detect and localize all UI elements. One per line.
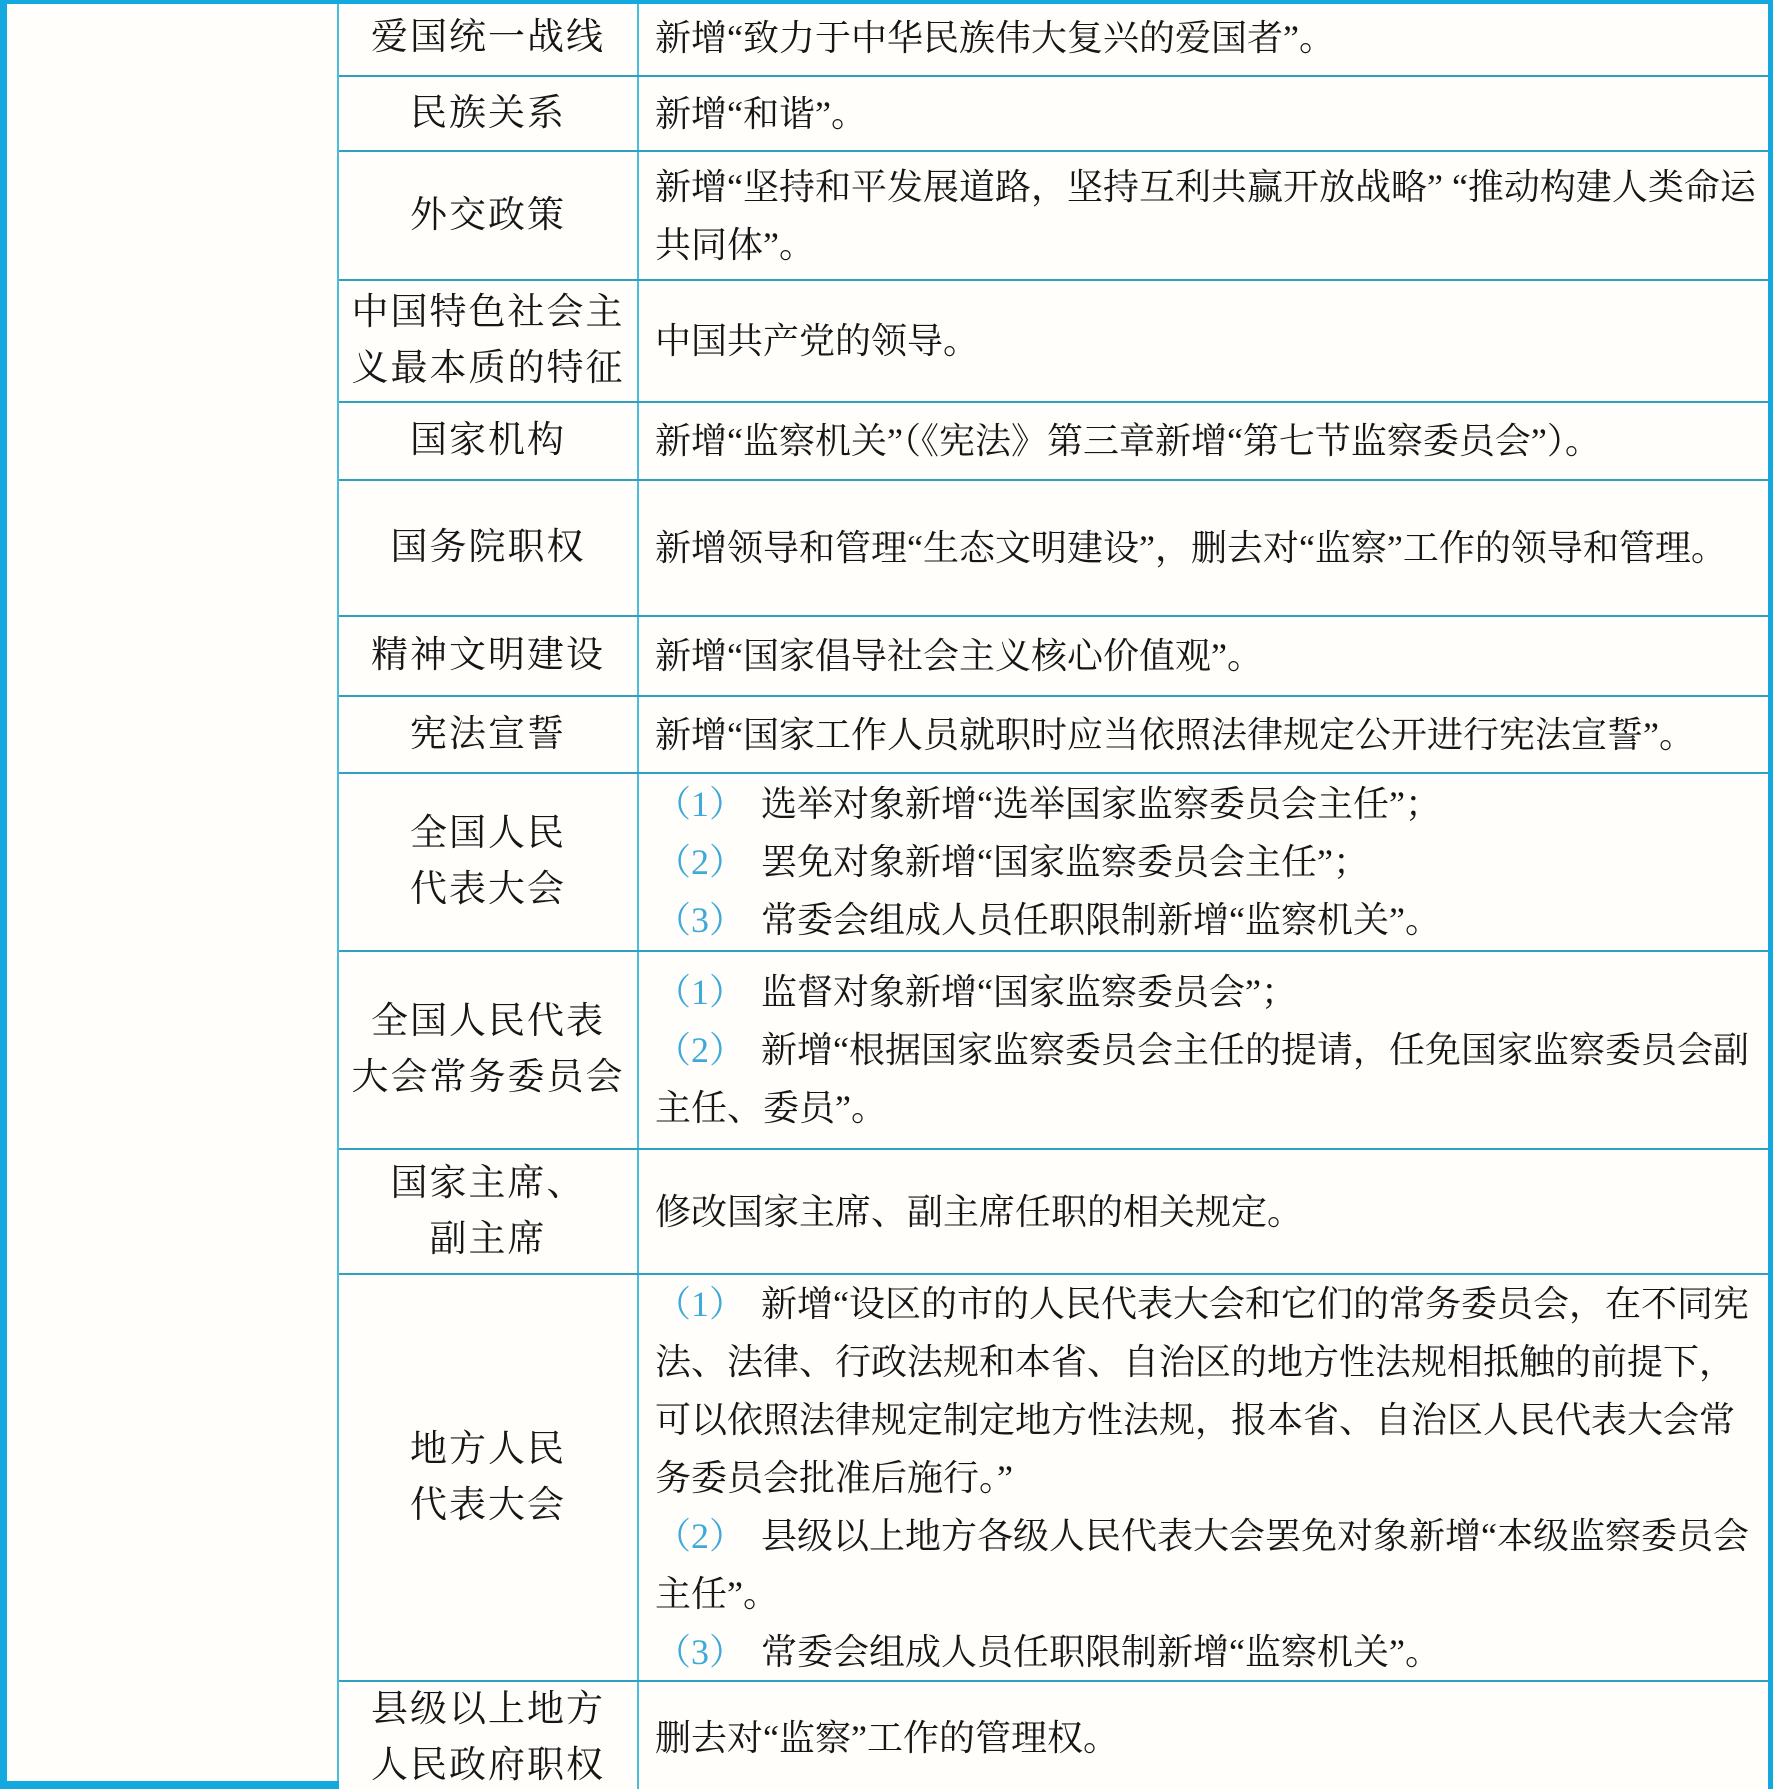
table-row: 国家主席、 副主席修改国家主席、副主席任职的相关规定。 bbox=[339, 1148, 1768, 1273]
category-cell: 爱国统一战线 bbox=[339, 0, 639, 75]
table-top-border bbox=[0, 0, 1773, 4]
left-merged-cell bbox=[7, 0, 339, 1781]
category-cell: 民族关系 bbox=[339, 77, 639, 150]
item-text: 常委会组成人员任职限制新增“监察机关”。 bbox=[761, 1632, 1441, 1672]
content-cell: 新增领导和管理“生态文明建设”，删去对“监察”工作的领导和管理。 bbox=[639, 481, 1768, 615]
content-item: 新增“和谐”。 bbox=[655, 85, 1756, 143]
item-number: （2） bbox=[655, 1516, 745, 1556]
content-cell: 修改国家主席、副主席任职的相关规定。 bbox=[639, 1150, 1768, 1273]
content-cell: 新增“和谐”。 bbox=[639, 77, 1768, 150]
amendments-table: 爱国统一战线新增“致力于中华民族伟大复兴的爱国者”。民族关系新增“和谐”。外交政… bbox=[0, 0, 1773, 1789]
table-rows: 爱国统一战线新增“致力于中华民族伟大复兴的爱国者”。民族关系新增“和谐”。外交政… bbox=[339, 0, 1768, 1781]
item-text: 新增“坚持和平发展道路，坚持互利共赢开放战略” “推动构建人类命运共同体”。 bbox=[655, 167, 1756, 265]
category-cell: 全国人民代表 大会常务委员会 bbox=[339, 952, 639, 1148]
item-text: 新增“国家工作人员就职时应当依照法律规定公开进行宪法宣誓”。 bbox=[655, 715, 1695, 755]
item-text: 罢免对象新增“国家监察委员会主任”； bbox=[761, 842, 1369, 882]
category-cell: 地方人民 代表大会 bbox=[339, 1275, 639, 1680]
category-cell: 县级以上地方 人民政府职权 bbox=[339, 1682, 639, 1789]
content-cell: （1）新增“设区的市的人民代表大会和它们的常务委员会，在不同宪法、法律、行政法规… bbox=[639, 1275, 1768, 1680]
category-cell: 国家主席、 副主席 bbox=[339, 1150, 639, 1273]
item-text: 新增“监察机关”（《宪法》第三章新增“第七节监察委员会”）。 bbox=[655, 421, 1601, 461]
item-text: 中国共产党的领导。 bbox=[655, 321, 979, 361]
item-text: 监督对象新增“国家监察委员会”； bbox=[761, 972, 1297, 1012]
content-item: 新增“坚持和平发展道路，坚持互利共赢开放战略” “推动构建人类命运共同体”。 bbox=[655, 158, 1756, 274]
table-row: 精神文明建设新增“国家倡导社会主义核心价值观”。 bbox=[339, 615, 1768, 695]
table-row: 全国人民 代表大会（1）选举对象新增“选举国家监察委员会主任”；（2）罢免对象新… bbox=[339, 772, 1768, 950]
content-cell: 新增“监察机关”（《宪法》第三章新增“第七节监察委员会”）。 bbox=[639, 403, 1768, 479]
item-number: （2） bbox=[655, 1030, 745, 1070]
table-row: 爱国统一战线新增“致力于中华民族伟大复兴的爱国者”。 bbox=[339, 0, 1768, 75]
content-item: （2）县级以上地方各级人民代表大会罢免对象新增“本级监察委员会主任”。 bbox=[655, 1507, 1756, 1623]
item-text: 新增“和谐”。 bbox=[655, 94, 867, 134]
item-text: 新增领导和管理“生态文明建设”，删去对“监察”工作的领导和管理。 bbox=[655, 528, 1727, 568]
content-item: （2）新增“根据国家监察委员会主任的提请，任免国家监察委员会副主任、委员”。 bbox=[655, 1021, 1756, 1137]
category-cell: 国务院职权 bbox=[339, 481, 639, 615]
item-text: 新增“根据国家监察委员会主任的提请，任免国家监察委员会副主任、委员”。 bbox=[655, 1030, 1749, 1128]
content-item: （3）常委会组成人员任职限制新增“监察机关”。 bbox=[655, 1623, 1756, 1681]
table-row: 国家机构新增“监察机关”（《宪法》第三章新增“第七节监察委员会”）。 bbox=[339, 401, 1768, 479]
category-cell: 中国特色社会主 义最本质的特征 bbox=[339, 281, 639, 401]
item-text: 新增“致力于中华民族伟大复兴的爱国者”。 bbox=[655, 18, 1335, 58]
table-row: 全国人民代表 大会常务委员会（1）监督对象新增“国家监察委员会”；（2）新增“根… bbox=[339, 950, 1768, 1148]
table-row: 中国特色社会主 义最本质的特征中国共产党的领导。 bbox=[339, 279, 1768, 401]
item-number: （1） bbox=[655, 784, 745, 824]
item-number: （1） bbox=[655, 1284, 745, 1324]
item-text: 选举对象新增“选举国家监察委员会主任”； bbox=[761, 784, 1441, 824]
item-text: 删去对“监察”工作的管理权。 bbox=[655, 1718, 1119, 1758]
content-item: 新增“国家倡导社会主义核心价值观”。 bbox=[655, 627, 1756, 685]
content-item: （1）监督对象新增“国家监察委员会”； bbox=[655, 963, 1756, 1021]
item-text: 常委会组成人员任职限制新增“监察机关”。 bbox=[761, 900, 1441, 940]
table-row: 县级以上地方 人民政府职权删去对“监察”工作的管理权。 bbox=[339, 1680, 1768, 1789]
content-item: 新增“致力于中华民族伟大复兴的爱国者”。 bbox=[655, 9, 1756, 67]
content-cell: 新增“国家工作人员就职时应当依照法律规定公开进行宪法宣誓”。 bbox=[639, 697, 1768, 772]
item-text: 新增“国家倡导社会主义核心价值观”。 bbox=[655, 636, 1263, 676]
content-cell: 新增“国家倡导社会主义核心价值观”。 bbox=[639, 617, 1768, 695]
content-item: 修改国家主席、副主席任职的相关规定。 bbox=[655, 1183, 1756, 1241]
category-cell: 外交政策 bbox=[339, 152, 639, 279]
category-cell: 全国人民 代表大会 bbox=[339, 774, 639, 950]
content-cell: 中国共产党的领导。 bbox=[639, 281, 1768, 401]
item-number: （3） bbox=[655, 900, 745, 940]
content-item: 删去对“监察”工作的管理权。 bbox=[655, 1709, 1756, 1767]
item-text: 新增“设区的市的人民代表大会和它们的常务委员会，在不同宪法、法律、行政法规和本省… bbox=[655, 1284, 1749, 1498]
item-number: （3） bbox=[655, 1632, 745, 1672]
category-cell: 宪法宣誓 bbox=[339, 697, 639, 772]
content-cell: 删去对“监察”工作的管理权。 bbox=[639, 1682, 1768, 1789]
item-text: 县级以上地方各级人民代表大会罢免对象新增“本级监察委员会主任”。 bbox=[655, 1516, 1749, 1614]
category-cell: 精神文明建设 bbox=[339, 617, 639, 695]
item-text: 修改国家主席、副主席任职的相关规定。 bbox=[655, 1192, 1303, 1232]
table-row: 外交政策新增“坚持和平发展道路，坚持互利共赢开放战略” “推动构建人类命运共同体… bbox=[339, 150, 1768, 279]
content-cell: 新增“致力于中华民族伟大复兴的爱国者”。 bbox=[639, 0, 1768, 75]
content-item: （1）选举对象新增“选举国家监察委员会主任”； bbox=[655, 775, 1756, 833]
content-item: 中国共产党的领导。 bbox=[655, 312, 1756, 370]
document-page: 爱国统一战线新增“致力于中华民族伟大复兴的爱国者”。民族关系新增“和谐”。外交政… bbox=[0, 0, 1773, 1789]
table-row: 国务院职权新增领导和管理“生态文明建设”，删去对“监察”工作的领导和管理。 bbox=[339, 479, 1768, 615]
content-item: 新增“国家工作人员就职时应当依照法律规定公开进行宪法宣誓”。 bbox=[655, 706, 1756, 764]
content-cell: （1）监督对象新增“国家监察委员会”；（2）新增“根据国家监察委员会主任的提请，… bbox=[639, 952, 1768, 1148]
table-row: 地方人民 代表大会（1）新增“设区的市的人民代表大会和它们的常务委员会，在不同宪… bbox=[339, 1273, 1768, 1680]
content-item: （1）新增“设区的市的人民代表大会和它们的常务委员会，在不同宪法、法律、行政法规… bbox=[655, 1275, 1756, 1507]
content-cell: （1）选举对象新增“选举国家监察委员会主任”；（2）罢免对象新增“国家监察委员会… bbox=[639, 774, 1768, 950]
content-item: （3）常委会组成人员任职限制新增“监察机关”。 bbox=[655, 891, 1756, 949]
content-item: 新增领导和管理“生态文明建设”，删去对“监察”工作的领导和管理。 bbox=[655, 519, 1756, 577]
item-number: （1） bbox=[655, 972, 745, 1012]
table-row: 宪法宣誓新增“国家工作人员就职时应当依照法律规定公开进行宪法宣誓”。 bbox=[339, 695, 1768, 772]
category-cell: 国家机构 bbox=[339, 403, 639, 479]
content-item: （2）罢免对象新增“国家监察委员会主任”； bbox=[655, 833, 1756, 891]
item-number: （2） bbox=[655, 842, 745, 882]
content-item: 新增“监察机关”（《宪法》第三章新增“第七节监察委员会”）。 bbox=[655, 412, 1756, 470]
content-cell: 新增“坚持和平发展道路，坚持互利共赢开放战略” “推动构建人类命运共同体”。 bbox=[639, 152, 1768, 279]
table-row: 民族关系新增“和谐”。 bbox=[339, 75, 1768, 150]
